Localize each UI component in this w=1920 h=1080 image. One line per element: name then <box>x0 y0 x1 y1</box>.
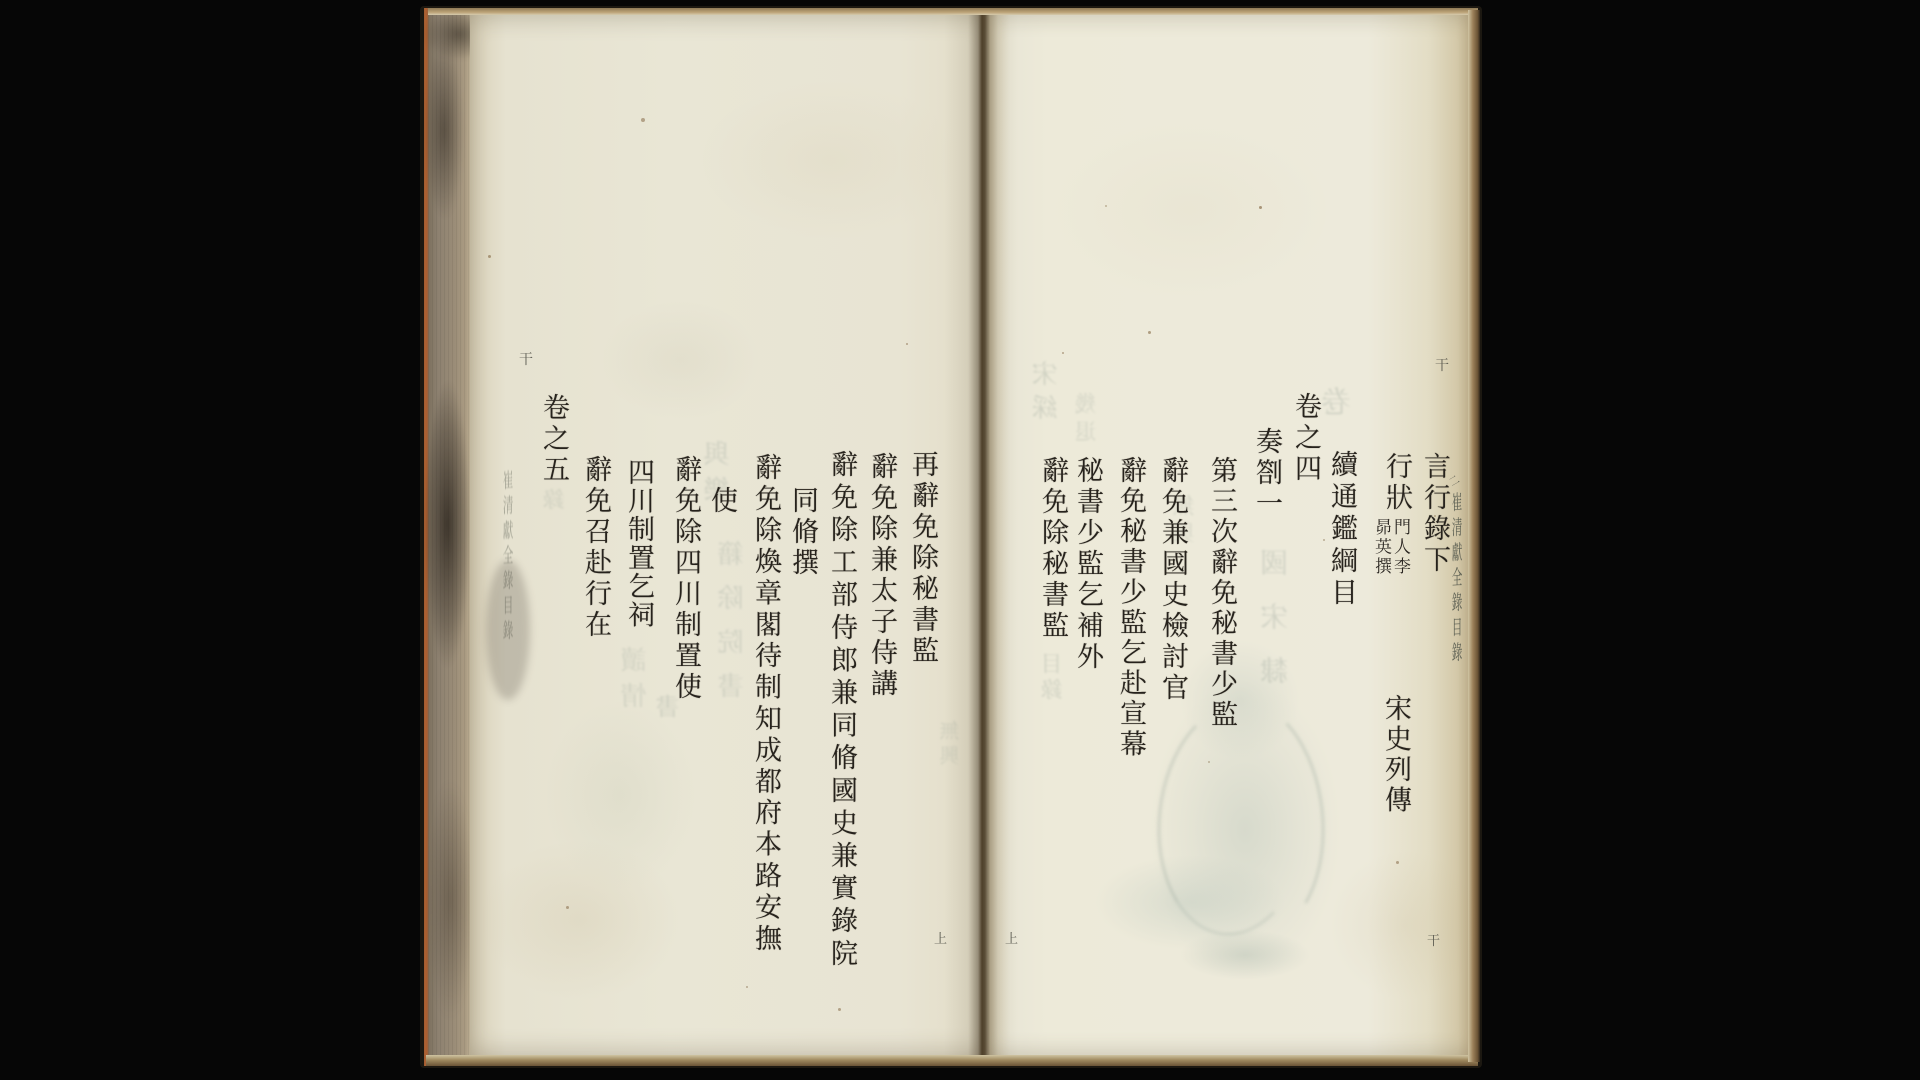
toc-column: 續通鑑綱目 <box>1322 450 1361 610</box>
toc-column: 辭免召赴行在 <box>576 455 615 641</box>
fox-spot <box>906 343 908 345</box>
collation-mark-bottom-right: 干 <box>1427 930 1440 949</box>
ghost-text: 宋綵 <box>1028 360 1065 428</box>
fox-spot <box>488 255 491 258</box>
ghost-text: 國宋隸 <box>1256 548 1296 710</box>
toc-header-column: 卷之五 <box>534 393 573 486</box>
ghost-text: 讀情 <box>617 646 654 718</box>
toc-column: 辭免除秘書監 <box>1033 456 1072 642</box>
toc-column: 秘書少監乞補外 <box>1068 456 1107 673</box>
fox-spot <box>1105 205 1107 207</box>
toc-column-continuation: 使 <box>702 486 741 517</box>
fold-title-left: 崔清獻全錄目錄 <box>500 469 515 645</box>
fore-edge-striations <box>424 8 476 1066</box>
fox-spot <box>1148 331 1151 334</box>
book-edge-top <box>428 8 1478 15</box>
fox-spot <box>772 471 774 473</box>
toc-column: 辭免除煥章閣待制知成都府本路安撫 <box>746 453 785 955</box>
book-edge-right <box>1468 10 1480 1062</box>
book-edge-bottom <box>426 1055 1478 1066</box>
toc-column: 四川制置乞祠 <box>619 458 658 629</box>
fox-spot <box>566 906 569 909</box>
toc-column: 再辭免除秘書監 <box>903 450 942 667</box>
toc-column: 辭免秘書少監乞赴宣幕 <box>1111 456 1150 760</box>
toc-column: 辭免兼國史檢討官 <box>1153 456 1192 704</box>
collation-mark-top-left: 干 <box>519 349 533 369</box>
toc-column: 辭免除兼太子侍講 <box>862 452 901 700</box>
toc-column-continuation: 同脩撰 <box>783 486 822 579</box>
fox-spot <box>1208 761 1210 763</box>
fox-spot <box>1396 861 1399 864</box>
gutter-shadow <box>944 12 1018 1062</box>
toc-column: 言行錄下 <box>1415 452 1454 576</box>
book-scan: 宋綵 幾退 卷 國宋隸 無與 目錄 與樂 籍除院書 讀情 錄 無興 書 崔清獻全… <box>0 0 1920 1080</box>
fox-spot <box>641 118 645 122</box>
toc-subheader-column: 奏劄一 <box>1247 427 1286 520</box>
ghost-text: 錄 <box>540 488 571 510</box>
collation-mark-bottom-gutter-left: 上 <box>934 928 947 947</box>
collation-mark-bottom-gutter-right: 上 <box>1005 928 1018 947</box>
toc-column: 辭免除四川制置使 <box>666 455 705 703</box>
fox-spot <box>1259 206 1262 209</box>
toc-annotation: 門人李昴英撰 <box>1371 518 1409 578</box>
fox-spot <box>838 1008 841 1011</box>
ghost-text: 目錄 <box>1038 652 1069 704</box>
fox-spot <box>1323 539 1325 541</box>
toc-column: 行狀 <box>1377 452 1416 514</box>
ghost-text: 幾退 <box>1072 392 1103 448</box>
collation-mark-top-right: 干 <box>1435 355 1449 375</box>
fox-spot <box>1062 352 1064 354</box>
fox-spot <box>1434 515 1436 517</box>
toc-column: 辭免除工部侍郎兼同脩國史兼實錄院 <box>822 450 861 972</box>
fox-spot <box>746 986 748 988</box>
toc-header-column: 卷之四 <box>1286 392 1325 485</box>
toc-column: 宋史列傳 <box>1376 694 1415 816</box>
toc-column: 第三次辭免秘書少監 <box>1202 456 1241 731</box>
ghost-text: 無興 <box>936 720 965 770</box>
